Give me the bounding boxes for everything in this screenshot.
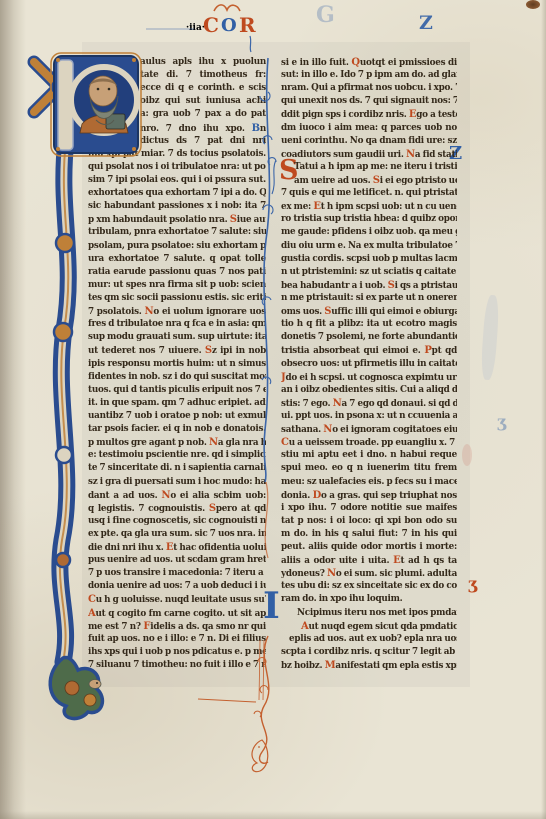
title-letter: R: [239, 13, 256, 37]
text-line: e: testimoiu pscientie nre. qd i simplic…: [88, 450, 266, 463]
text-line: obsecro uos: ut pfirmetis illu in caitat…: [281, 359, 457, 372]
text-line: usq i fine cognoscetis, sic cognouisti n…: [88, 516, 266, 529]
text-line: nram. Qui a pfirmat nos uobcu. i xpo. 7: [281, 83, 457, 96]
text-line: ydoneus? No ei sum. sic plumi. adultan: [281, 568, 457, 581]
text-line: dictus ds 7 pat dni nri: [88, 136, 266, 149]
text-line: ihs xps qui i uob p nos pdicatus e. p me: [88, 647, 266, 660]
text-column-right: si e in illo fuit. Quotqt ei pmissioes d…: [281, 57, 457, 673]
text-line: Aut nuqd egem sicut qda pmdaticiis: [281, 621, 457, 634]
text-line: tio h q fit a plibz: ita ut ecotro magis: [281, 319, 457, 332]
text-line: n me ptristauit: si ex parte ut n onerem: [281, 293, 457, 306]
text-line: peut. aliis quide odor mortis i morte:: [281, 542, 457, 555]
text-line: psolam, pura psolatoe: siu exhortam p: [88, 241, 266, 254]
text-line: tes qm sic socii passionu estis. sic eri…: [88, 293, 266, 306]
text-line: tes ubu di: sz ex sinceitate sic ex do c…: [281, 581, 457, 594]
interlace-cross: [34, 62, 84, 112]
text-line: it. in que spam. qm 7 adhuc eripiet. adi…: [88, 398, 266, 411]
page-edge: [0, 811, 546, 819]
text-line: sup modu grauati sum. sup uirtute: ita: [88, 332, 266, 345]
text-line: spui meo. eo q n iuenerim titu frem: [281, 463, 457, 476]
border-bar: [54, 140, 74, 662]
text-line: ex me: Et h ipm scpsi uob: ut n cu uene: [281, 201, 457, 214]
penwork-bird: [252, 740, 268, 772]
text-line: sim 7 ipi psolai eos. qui i oi pssura su…: [88, 175, 266, 188]
text-line: an i oibz obedientes sitis. Cui a aliqd …: [281, 385, 457, 398]
text-line: me gaude: pfidens i oibz uob. qa meu gau: [281, 227, 457, 240]
text-line: ratia earude passionu quas 7 nos pati: [88, 267, 266, 280]
text-line: tribulam, pnra exhortatoe 7 salute: siu: [88, 227, 266, 240]
text-line: stiu mi aptu eet i dno. n habui reque: [281, 450, 457, 463]
margin-mark: G: [316, 2, 335, 28]
text-line: exhortatoes qua exhortam 7 ipi a do. Qm: [88, 188, 266, 201]
text-line: ecce di q e corinth. e scis: [88, 83, 266, 96]
text-line: Ncipimus iteru nos met ipos pmdare:: [281, 608, 457, 621]
text-line: 7 psolatois. No ei uolum ignorare uos: [88, 306, 266, 319]
text-line: sic habundant passiones x i nob: ita 7: [88, 201, 266, 214]
gutter-shadow: [0, 0, 26, 819]
text-line: donia uenire ad uos: 7 a uob deduci i iu…: [88, 581, 266, 594]
text-line: bz hoibz. Manifestati qm epla estis xpi: [281, 660, 457, 673]
interlace-knot: [56, 447, 72, 463]
title-letter: C: [203, 13, 219, 37]
text-line: oms uos. Suffic illi qui eimoi e obiurga: [281, 306, 457, 319]
margin-mark: Z: [419, 12, 433, 34]
page-edge: [541, 0, 546, 819]
margin-mark: ʒ: [468, 574, 477, 593]
text-line: 7 siluanu 7 timotheu: no fuit i illo e 7…: [88, 660, 266, 673]
text-line: p xm habundauit psolatio nra. Siue aut: [88, 214, 266, 227]
text-line: Cu h g uoluisse. nuqd leuitate usus su?: [88, 594, 266, 607]
stain: [462, 444, 472, 466]
text-line: Cu a ueissem troade. pp euangliu x. 7 o: [281, 437, 457, 450]
interlace-knot: [54, 323, 72, 341]
text-line: sut: in illo e. Ido 7 p ipm am do. ad gl…: [281, 70, 457, 83]
text-line: dant a ad uos. No ei alia scbim uob:: [88, 490, 266, 503]
text-line: qui psolat nos i oi tribulatoe nra: ut p…: [88, 162, 266, 175]
ink-fleck: [526, 0, 540, 9]
text-line: tate di. 7 timotheus fr:: [88, 70, 266, 83]
text-line: tat p nos: i oi loco: qi xpi bon odo su: [281, 516, 457, 529]
text-line: gustia cordis. scpsi uob p multas lacma:: [281, 254, 457, 267]
text-line: aliis a odor uite i uita. Et ad h qs ta: [281, 555, 457, 568]
text-line: Jdo ei h scpsi. ut cognosca expimtu urm: [281, 372, 457, 385]
text-line: donetis 7 psolemi, ne forte abundantioe: [281, 332, 457, 345]
text-line: qui unexit nos ds. 7 qui signauit nos: 7: [281, 96, 457, 109]
text-line: pus uenire ad uos. ut scdam gram hretis:: [88, 555, 266, 568]
text-line: tristia absorbeat qui eimoi e. Ppt qd: [281, 345, 457, 358]
text-line: ro tristia sup tristia hbea: d quibz opo…: [281, 214, 457, 227]
text-line: si e in illo fuit. Quotqt ei pmissioes d…: [281, 57, 457, 70]
text-line: aulus apls ihu x puolun: [88, 57, 266, 70]
text-line: coadiutors sum gaudii uri. Na fid statis…: [281, 149, 457, 162]
text-line: tar psois facier. ei q in nob e donatois…: [88, 424, 266, 437]
text-line: bea habudantr a i uob. Si qs a ptristau …: [281, 280, 457, 293]
text-line: dm iuoco i aim mea: q parces uob no: [281, 123, 457, 136]
text-line: eplis ad uos. aut ex uob? epla nra uos e…: [281, 634, 457, 647]
margin-mark: ʒ: [497, 412, 506, 431]
text-line: q legistis. 7 cognouistis. Spero at qd: [88, 503, 266, 516]
text-line: ddit pign sps i cordibz nris. Ego a test…: [281, 109, 457, 122]
text-line: ram do. in xpo ihu loquim.: [281, 594, 457, 607]
text-line: a: gra uob 7 pax a do pat: [88, 109, 266, 122]
text-line: fuit ap uos. no e i illo: e 7 n. Di ei f…: [88, 634, 266, 647]
interlace-knot: [56, 553, 70, 567]
text-line: ueni corinthu. No qa dnam fidi ure: sz: [281, 136, 457, 149]
text-line: Aut q cogito fm carne cogito. ut sit ap: [88, 608, 266, 621]
text-column-left: aulus apls ihu x puoluntate di. 7 timoth…: [88, 57, 266, 673]
title-letter: O: [221, 15, 237, 36]
text-line: n ut ptristemini: sz ut sciatis q caitat…: [281, 267, 457, 280]
text-line: 7 quis e qui me letificet. n. qui ptrist…: [281, 188, 457, 201]
text-line: m do. in his q salui fiut: 7 in his qui: [281, 529, 457, 542]
text-line: uantibz 7 uob i oratoe p nob: ut exmul: [88, 411, 266, 424]
stain: [480, 295, 500, 381]
interlace-knot: [56, 234, 74, 252]
text-line: stis: 7 ego. Na 7 ego qd donaui. si qd d…: [281, 398, 457, 411]
text-line: ihu xpi pat miar. 7 ds tocius psolatois.: [88, 149, 266, 162]
text-line: die dni nri ihu x. Et hac ofidentia uolu…: [88, 542, 266, 555]
manuscript-page: ·iia· COR ZGZʒʒ SI aulus apls ihu x puol…: [0, 0, 546, 819]
text-line: sz i gra di puersati sum i hoc mudo: hab…: [88, 477, 266, 490]
text-line: donia. Do a gras. qui sep triuphat nos: [281, 490, 457, 503]
text-line: ui. ppt uos. in psona x: ut n ccuuenia a: [281, 411, 457, 424]
text-line: te 7 sinceritate di. n i sapientia carna…: [88, 463, 266, 476]
text-line: ura exhortatoe 7 salute. q opat tolle: [88, 254, 266, 267]
text-line: Tatui a h ipm ap me: ne iteru i tristia: [281, 162, 457, 175]
text-line: 7 p uos transire i macedonia: 7 iteru a …: [88, 568, 266, 581]
text-line: i xpo ihu. 7 odore notitie sue maifes: [281, 503, 457, 516]
text-line: am ueire ad uos. Si ei ego ptristo uos:: [281, 175, 457, 188]
text-line: diu oiu urm e. Na ex multa tribulatoe 7 …: [281, 241, 457, 254]
text-line: fidentes in nob. sz i do qui suscitat mo…: [88, 372, 266, 385]
text-line: oibz qui sut iuniusa achi: [88, 96, 266, 109]
text-line: nro. 7 dno ihu xpo. Bn: [88, 123, 266, 136]
text-line: mur: ut spes nra firma sit p uob: scien: [88, 280, 266, 293]
text-line: ut tederet nos 7 uiuere. Sz ipi in nob: [88, 345, 266, 358]
text-line: tuos. qui d tantis piculis eripuit nos 7…: [88, 385, 266, 398]
text-line: p multos gre agant p nob. Na gla nra h: [88, 437, 266, 450]
text-line: me est 7 n? Fidelis a ds. qa smo nr qui: [88, 621, 266, 634]
text-line: meu: sz ualefacies eis. p fecs su i mace: [281, 477, 457, 490]
text-line: scpta i cordibz nris. q scitur 7 legit a…: [281, 647, 457, 660]
text-line: fres d tribulatoe nra q fca e in asia: q…: [88, 319, 266, 332]
text-line: sathana. No ei ignoram cogitatoes eius.: [281, 424, 457, 437]
text-line: ex pte. qa gla ura sum. sic 7 uos nra. i…: [88, 529, 266, 542]
text-line: ipis responsu mortis huim: ut n simus: [88, 359, 266, 372]
